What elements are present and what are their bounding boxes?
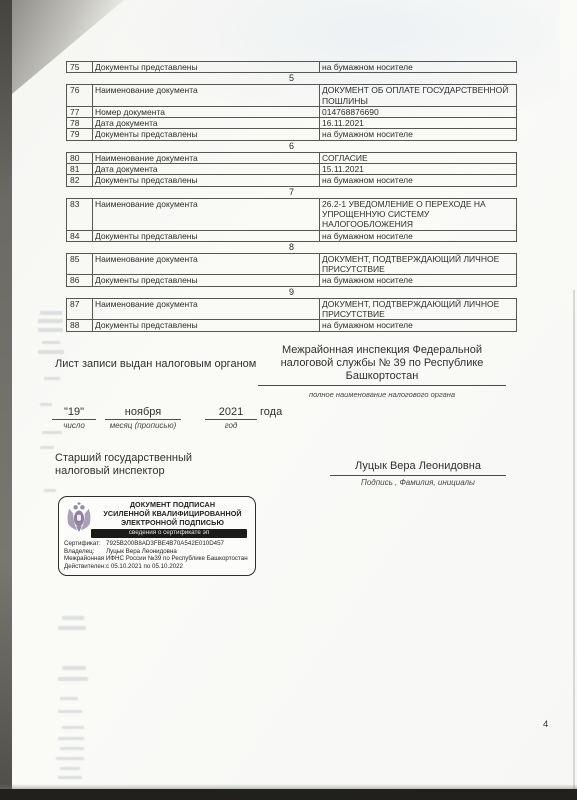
page-number: 4 [543,719,548,730]
stamp-title: ДОКУМЕНТ ПОДПИСАН УСИЛЕННОЙ КВАЛИФИЦИРОВ… [95,501,250,527]
bleed-through-mark [58,677,88,681]
row-number: 75 [67,62,93,73]
bleed-through-mark [38,328,63,332]
row-value: на бумажном носителе [320,62,517,73]
row-label: Наименование документа [93,253,320,275]
row-number: 82 [67,175,93,186]
row-number: 86 [67,275,93,286]
row-label: Дата документа [93,118,320,129]
bleed-through-mark [42,341,60,344]
table-separator-row: 9 [67,286,517,298]
row-label: Документы представлены [93,129,320,140]
bleed-through-mark [58,737,84,740]
table-row: 82Документы представленына бумажном носи… [67,175,517,186]
scanner-left-edge [0,0,12,800]
bleed-through-mark [40,311,62,315]
row-number: 88 [67,320,93,331]
issuer-row: Межрайонная ИФНС России №39 по Республик… [64,555,250,563]
row-label: Наименование документа [93,198,320,230]
table-row: 79Документы представленына бумажном носи… [67,129,517,140]
validity-row: Действителен: с 05.10.2021 по 05.10.2022 [64,563,250,571]
row-number: 76 [67,85,93,107]
table-row: 83Наименование документа26.2-1 УВЕДОМЛЕН… [67,198,517,230]
owner-row: Владелец: Луцык Вера Леонидовна [64,548,250,556]
document-table-body: 75Документы представленына бумажном носи… [67,62,517,332]
bleed-through-mark [56,757,84,760]
table-separator-row: 7 [67,186,517,198]
scanned-document-page: 75Документы представленына бумажном носи… [0,0,577,800]
officer-name: Луцык Вера Леонидовна [330,460,506,476]
signature-caption: Подпись , Фамилия, инициалы [330,478,506,487]
field-value: Межрайонная ИФНС России №39 по Республик… [64,555,250,563]
bleed-through-mark [58,776,82,779]
row-number: 85 [67,253,93,275]
date-day-caption: число [52,421,96,430]
date-year-field: 2021 год [205,406,257,430]
row-label: Документы представлены [93,275,320,286]
table-row: 88Документы представленына бумажном носи… [67,320,517,331]
row-label: Наименование документа [93,298,320,320]
certificate-info-bar: сведения о сертификате эп [91,529,247,538]
row-number: 80 [67,152,93,163]
issue-date: "19" число ноября месяц (прописью) 2021 … [52,406,282,430]
bleed-through-mark [60,697,78,700]
row-label: Документы представлены [93,230,320,241]
row-number: 78 [67,118,93,129]
group-number: 8 [67,241,517,253]
row-number: 81 [67,164,93,175]
table-row: 76Наименование документаДОКУМЕНТ ОБ ОПЛА… [67,85,517,107]
authority-block: Межрайонная инспекция Федеральной налого… [258,344,506,401]
group-number: 6 [67,140,517,152]
row-value: 014768876690 [320,106,517,117]
date-month: ноября [105,406,181,420]
table-row: 85Наименование документаДОКУМЕНТ, ПОДТВЕ… [67,253,517,275]
row-value: на бумажном носителе [320,230,517,241]
row-value: 15.11.2021 [320,164,517,175]
field-value: с 05.10.2021 по 05.10.2022 [106,563,250,571]
group-number: 5 [67,73,517,85]
field-label: Владелец: [64,548,106,556]
bleed-through-mark [62,666,86,670]
row-value: ДОКУМЕНТ, ПОДТВЕРЖДАЮЩИЙ ЛИЧНОЕ ПРИСУТСТ… [320,298,517,320]
row-value: 16.11.2021 [320,118,517,129]
bleed-through-mark [58,626,86,630]
date-day-field: "19" число [52,406,96,430]
row-label: Документы представлены [93,175,320,186]
digital-signature-stamp: ДОКУМЕНТ ПОДПИСАН УСИЛЕННОЙ КВАЛИФИЦИРОВ… [58,496,256,576]
signature-block: Луцык Вера Леонидовна Подпись , Фамилия,… [330,460,506,487]
row-value: СОГЛАСИЕ [320,152,517,163]
authority-caption: полное наименование налогового органа [258,388,506,401]
officer-title: Старший государственный налоговый инспек… [55,452,213,478]
scanner-bottom-edge [0,789,577,800]
table-row: 84Документы представленына бумажном носи… [67,230,517,241]
row-number: 77 [67,106,93,117]
table-row: 87Наименование документаДОКУМЕНТ, ПОДТВЕ… [67,298,517,320]
row-label: Наименование документа [93,152,320,163]
row-value: на бумажном носителе [320,320,517,331]
group-number: 9 [67,286,517,298]
bleed-through-mark [38,350,64,354]
row-number: 84 [67,230,93,241]
row-label: Наименование документа [93,85,320,107]
table-row: 86Документы представленына бумажном носи… [67,275,517,286]
bleed-through-mark [44,489,56,492]
row-value: на бумажном носителе [320,129,517,140]
row-value: на бумажном носителе [320,175,517,186]
table-separator-row: 6 [67,140,517,152]
row-value: ДОКУМЕНТ ОБ ОПЛАТЕ ГОСУДАРСТВЕННОЙ ПОШЛИ… [320,85,517,107]
scanner-right-edge [573,290,575,790]
field-label: Действителен: [64,563,106,571]
date-year-caption: год [205,421,257,430]
bleed-through-mark [40,403,52,406]
row-number: 83 [67,198,93,230]
bleed-through-mark [60,747,84,750]
certificate-row: Сертификат: 7925B200B8AD3FBE4B70A542E010… [64,540,250,548]
table-row: 75Документы представленына бумажном носи… [67,62,517,73]
table-separator-row: 5 [67,73,517,85]
authority-name: Межрайонная инспекция Федеральной налого… [258,344,506,386]
date-day: "19" [52,406,96,420]
table-row: 81Дата документа15.11.2021 [67,164,517,175]
bleed-through-mark [44,377,60,380]
bleed-through-mark [60,767,80,770]
field-value: 7925B200B8AD3FBE4B70A542E010D457 [106,540,250,548]
table-row: 80Наименование документаСОГЛАСИЕ [67,152,517,163]
bleed-through-mark [58,710,82,713]
table-row: 77Номер документа014768876690 [67,106,517,117]
date-year: 2021 [205,406,257,420]
row-label: Документы представлены [93,62,320,73]
bleed-through-mark [62,616,84,620]
bleed-through-mark [42,431,62,434]
row-value: 26.2-1 УВЕДОМЛЕНИЕ О ПЕРЕХОДЕ НА УПРОЩЕН… [320,198,517,230]
bleed-through-mark [40,446,54,449]
field-value: Луцык Вера Леонидовна [106,548,250,556]
field-label: Сертификат: [64,540,106,548]
bleed-through-mark [62,726,84,729]
table-separator-row: 8 [67,241,517,253]
row-label: Номер документа [93,106,320,117]
documents-table: 75Документы представленына бумажном носи… [66,61,517,332]
row-value: на бумажном носителе [320,275,517,286]
row-number: 79 [67,129,93,140]
date-year-suffix: года [260,406,282,418]
date-month-field: ноября месяц (прописью) [105,406,181,430]
row-label: Дата документа [93,164,320,175]
row-value: ДОКУМЕНТ, ПОДТВЕРЖДАЮЩИЙ ЛИЧНОЕ ПРИСУТСТ… [320,253,517,275]
table-row: 78Дата документа16.11.2021 [67,118,517,129]
date-month-caption: месяц (прописью) [105,421,181,430]
stamp-title-line3: ЭЛЕКТРОННОЙ ПОДПИСЬЮ [95,519,250,528]
bleed-through-mark [38,319,63,323]
certificate-fields: Сертификат: 7925B200B8AD3FBE4B70A542E010… [64,540,250,571]
row-label: Документы представлены [93,320,320,331]
group-number: 7 [67,186,517,198]
row-number: 87 [67,298,93,320]
coat-of-arms-icon [64,501,94,534]
